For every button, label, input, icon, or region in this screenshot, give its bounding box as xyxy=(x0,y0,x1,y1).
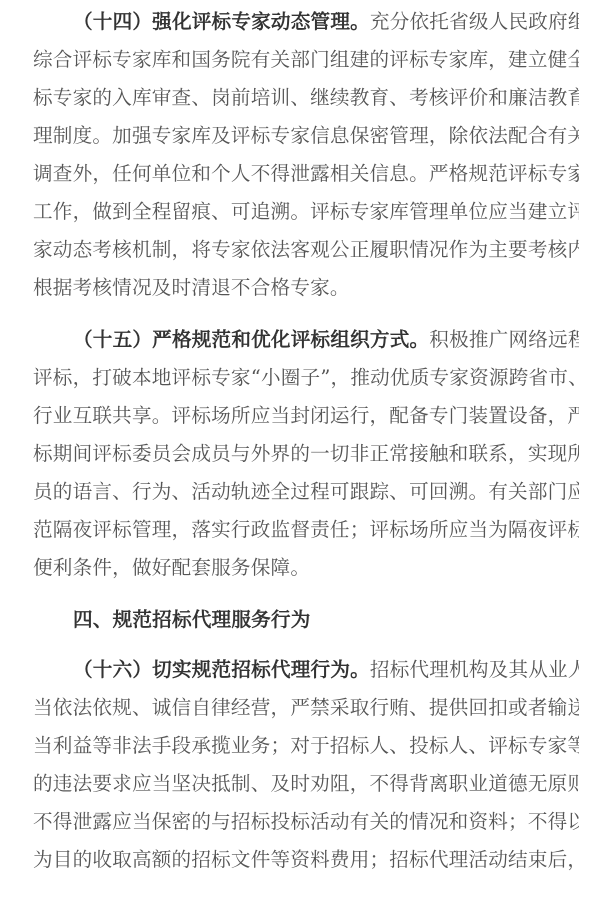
paragraph-16-heading: （十六）切实规范招标代理行为。 xyxy=(73,658,370,681)
paragraph-14-line-2: 综合评标专家库和国务院有关部门组建的评标专家库，建立健全对评 xyxy=(33,47,579,73)
paragraph-14-line-6: 工作，做到全程留痕、可追溯。评标专家库管理单位应当建立评标专 xyxy=(33,199,579,225)
paragraph-15-line-5: 员的语言、行为、活动轨迹全过程可跟踪、可回溯。有关部门应当规 xyxy=(33,479,579,505)
paragraph-16-line-5: 不得泄露应当保密的与招标投标活动有关的情况和资料；不得以营利 xyxy=(33,809,579,835)
paragraph-14-line-7: 家动态考核机制，将专家依法客观公正履职情况作为主要考核内容， xyxy=(33,237,579,263)
paragraph-15-heading: （十五）严格规范和优化评标组织方式。 xyxy=(73,328,429,351)
paragraph-14-heading: （十四）强化评标专家动态管理。 xyxy=(73,10,370,33)
paragraph-16-line-2: 当依法依规、诚信自律经营，严禁采取行贿、提供回扣或者输送不正 xyxy=(33,695,579,721)
paragraph-16-line-1: （十六）切实规范招标代理行为。招标代理机构及其从业人员应 xyxy=(33,657,579,683)
paragraph-16-text: 招标代理机构及其从业人员应 xyxy=(370,658,579,681)
paragraph-15-line-2: 评标，打破本地评标专家“小圈子”，推动优质专家资源跨省市、跨 xyxy=(33,365,579,391)
paragraph-16-line-6: 为目的收取高额的招标文件等资料费用；招标代理活动结束后，及时 xyxy=(33,847,579,873)
paragraph-14-text: 充分依托省级人民政府组建的 xyxy=(370,10,579,33)
paragraph-15-line-6: 范隔夜评标管理，落实行政监督责任；评标场所应当为隔夜评标提供 xyxy=(33,517,579,543)
paragraph-16-line-3: 当利益等非法手段承揽业务；对于招标人、投标人、评标专家等提出 xyxy=(33,733,579,759)
paragraph-15-line-1: （十五）严格规范和优化评标组织方式。积极推广网络远程异地 xyxy=(33,327,579,353)
paragraph-15-line-4: 标期间评标委员会成员与外界的一切非正常接触和联系，实现所有人 xyxy=(33,441,579,467)
section-4-heading: 四、规范招标代理服务行为 xyxy=(33,607,579,633)
paragraph-14-line-5: 调查外，任何单位和个人不得泄露相关信息。严格规范评标专家抽取 xyxy=(33,161,579,187)
paragraph-16-line-4: 的违法要求应当坚决抵制、及时劝阻，不得背离职业道德无原则附和； xyxy=(33,771,579,797)
paragraph-14-line-1: （十四）强化评标专家动态管理。充分依托省级人民政府组建的 xyxy=(33,9,579,35)
paragraph-15-line-3: 行业互联共享。评标场所应当封闭运行，配备专门装置设备，严禁评 xyxy=(33,403,579,429)
paragraph-15-line-7: 便利条件，做好配套服务保障。 xyxy=(33,555,579,581)
paragraph-14-line-3: 标专家的入库审查、岗前培训、继续教育、考核评价和廉洁教育等管 xyxy=(33,85,579,111)
paragraph-15-text: 积极推广网络远程异地 xyxy=(429,328,579,351)
paragraph-14-line-8: 根据考核情况及时清退不合格专家。 xyxy=(33,275,579,301)
paragraph-14-line-4: 理制度。加强专家库及评标专家信息保密管理，除依法配合有关部门 xyxy=(33,123,579,149)
